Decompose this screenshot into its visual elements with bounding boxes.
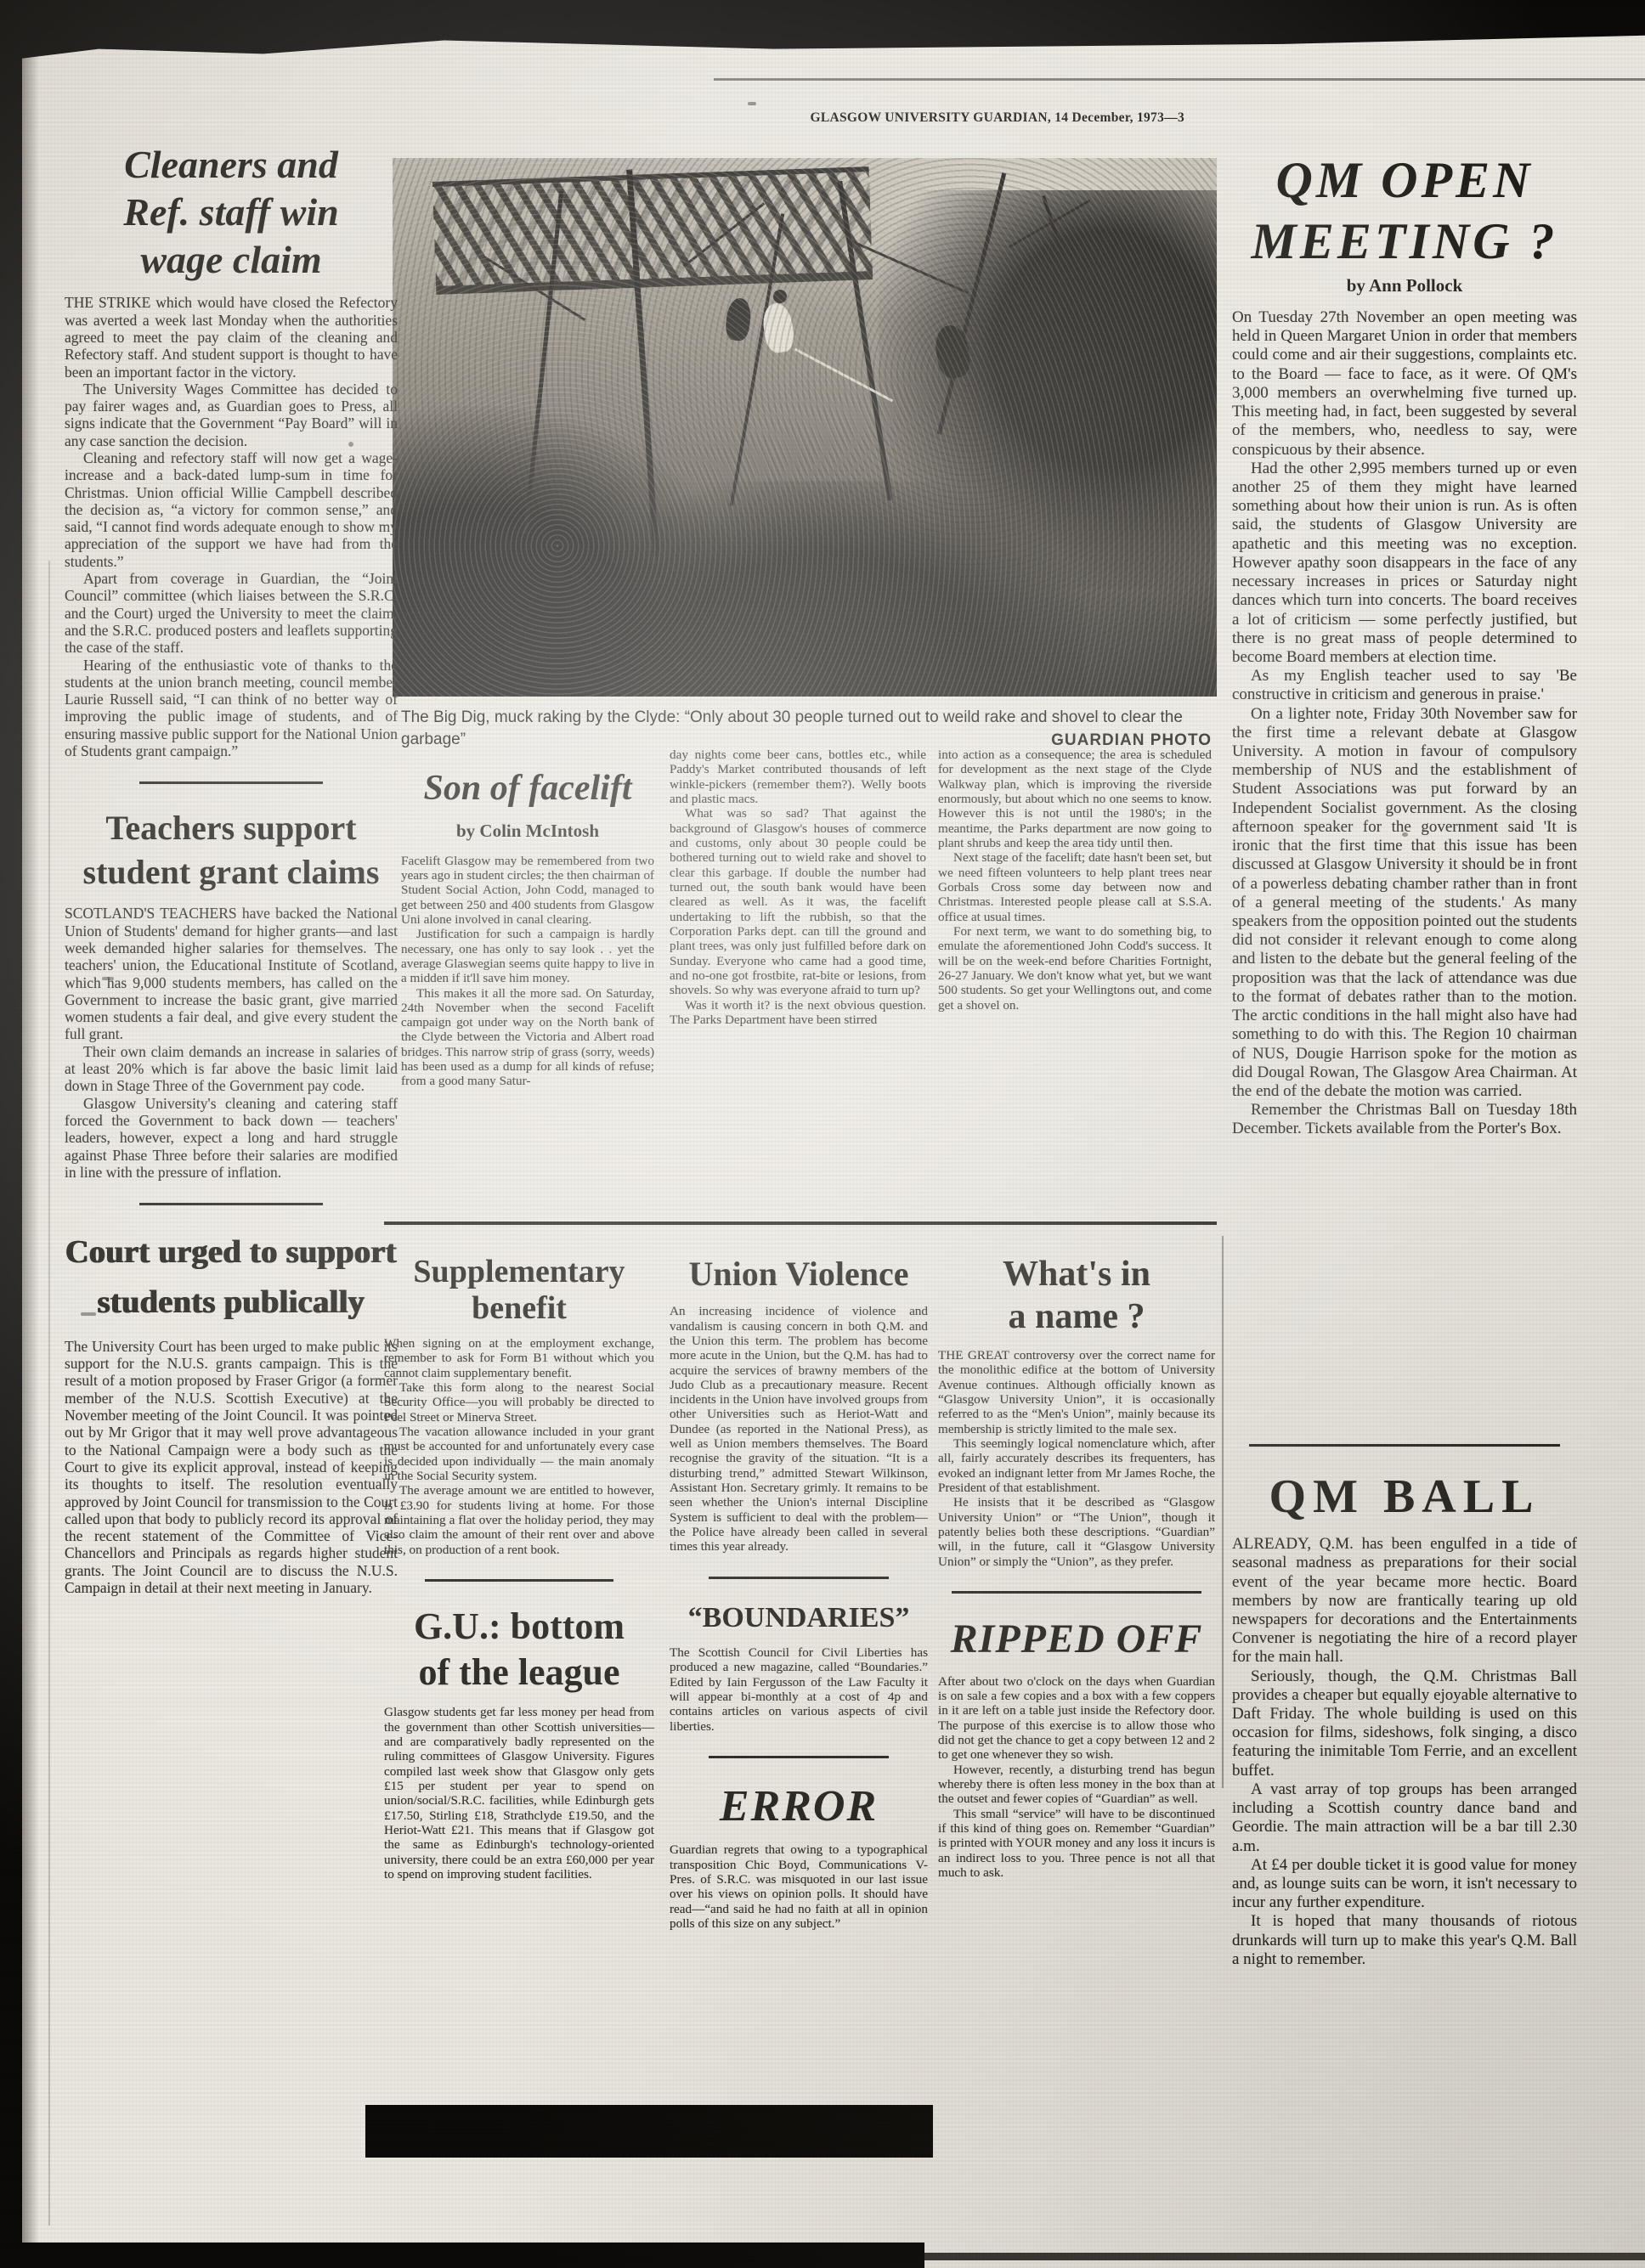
- column-left: Cleaners and Ref. staff win wage claim T…: [65, 127, 398, 1596]
- headline-union-violence: Union Violence: [670, 1254, 928, 1294]
- scan-artifact-gutter: [48, 561, 50, 2226]
- scan-speck: [102, 977, 114, 980]
- article-paragraph: Had the other 2,995 members turned up or…: [1232, 460, 1577, 667]
- article-cleaners-wage-claim: Cleaners and Ref. staff win wage claim T…: [65, 141, 398, 759]
- article-paragraph: Take this form along to the nearest Soci…: [384, 1380, 654, 1425]
- article-body: After about two o'clock on the days when…: [938, 1674, 1215, 1881]
- headline-qm-ball: QM BALL: [1232, 1469, 1577, 1525]
- article-body: The University Court has been urged to m…: [65, 1338, 398, 1596]
- photo-caption: The Big Dig, muck raking by the Clyde: “…: [401, 707, 1215, 750]
- article-whats-in-a-name: What's in a name ? THE GREAT controversy…: [938, 1254, 1215, 1569]
- article-qm-open-meeting: QM OPEN MEETING ? by Ann Pollock On Tues…: [1232, 150, 1577, 1139]
- headline-ripped-off: RIPPED OFF: [938, 1616, 1215, 1664]
- scan-edge-bottom: [0, 2243, 924, 2268]
- article-error: ERROR Guardian regrets that owing to a t…: [670, 1780, 928, 1931]
- article-paragraph: into action as a consequence; the area i…: [938, 748, 1212, 850]
- article-paragraph: THE GREAT controversy over the correct n…: [938, 1348, 1215, 1436]
- byline-ann-pollock: by Ann Pollock: [1232, 275, 1577, 296]
- article-paragraph: ALREADY, Q.M. has been engulfed in a tid…: [1232, 1535, 1577, 1667]
- article-paragraph: Remember the Christmas Ball on Tuesday 1…: [1232, 1101, 1577, 1138]
- newspaper-page: GLASGOW UNIVERSITY GUARDIAN, 14 December…: [0, 0, 1645, 2268]
- article-paragraph: On Tuesday 27th November an open meeting…: [1232, 308, 1577, 460]
- masthead: GLASGOW UNIVERSITY GUARDIAN, 14 December…: [810, 110, 1184, 126]
- article-body: SCOTLAND'S TEACHERS have backed the Nati…: [65, 905, 398, 1181]
- article-ripped-off: RIPPED OFF After about two o'clock on th…: [938, 1616, 1215, 1880]
- article-paragraph: Their own claim demands an increase in s…: [65, 1043, 398, 1095]
- headline-whats-in-a-name: What's in a name ?: [938, 1254, 1215, 1338]
- scan-edge-shadow: [22, 0, 39, 2268]
- column-rule: [709, 1756, 890, 1758]
- column-lower-1: Supplementary benefit When signing on at…: [384, 1240, 654, 1882]
- article-paragraph: Facelift Glasgow may be remembered from …: [401, 854, 654, 928]
- article-paragraph: Glasgow students get far less money per …: [384, 1705, 654, 1882]
- article-paragraph: day nights come beer cans, bottles etc.,…: [670, 748, 926, 806]
- article-paragraph: The Scottish Council for Civil Liberties…: [670, 1645, 928, 1734]
- article-body: into action as a consequence; the area i…: [938, 748, 1212, 1013]
- scan-edge-left: [0, 0, 22, 2268]
- column-rule: [139, 781, 323, 784]
- headline-gu-bottom-league: G.U.: bottom of the league: [384, 1604, 654, 1695]
- article-body: THE GREAT controversy over the correct n…: [938, 1348, 1215, 1569]
- article-paragraph: Cleaning and refectory staff will now ge…: [65, 449, 398, 570]
- article-paragraph: Apart from coverage in Guardian, the “Jo…: [65, 570, 398, 656]
- article-paragraph: At £4 per double ticket it is good value…: [1232, 1856, 1577, 1913]
- article-supplementary-benefit: Supplementary benefit When signing on at…: [384, 1254, 654, 1557]
- column-rule: [952, 1591, 1201, 1594]
- facelift-column-2: day nights come beer cans, bottles etc.,…: [670, 748, 926, 1027]
- column-rule: [1249, 1444, 1559, 1447]
- column-rule: [425, 1579, 614, 1582]
- article-court-urged: Court urged to support students publical…: [65, 1227, 398, 1596]
- article-paragraph: For next term, we want to do something b…: [938, 924, 1212, 1013]
- article-paragraph: SCOTLAND'S TEACHERS have backed the Nati…: [65, 905, 398, 1042]
- article-paragraph: The average amount we are entitled to ho…: [384, 1483, 654, 1557]
- article-paragraph: The vacation allowance included in your …: [384, 1425, 654, 1483]
- scan-artifact-line: [714, 78, 1645, 81]
- byline-colin-mcintosh: by Colin McIntosh: [401, 821, 654, 842]
- article-body: On Tuesday 27th November an open meeting…: [1232, 308, 1577, 1139]
- article-body: An increasing incidence of violence and …: [670, 1304, 928, 1554]
- article-teachers-support: Teachers support student grant claims SC…: [65, 806, 398, 1181]
- article-paragraph: The University Wages Committee has decid…: [65, 381, 398, 449]
- article-paragraph: A vast array of top groups has been arra…: [1232, 1780, 1577, 1856]
- article-paragraph: This small “service” will have to be dis…: [938, 1807, 1215, 1881]
- article-paragraph: As my English teacher used to say 'Be co…: [1232, 667, 1577, 704]
- headline-cleaners-wage-claim: Cleaners and Ref. staff win wage claim: [65, 141, 398, 284]
- article-paragraph: Guardian regrets that owing to a typogra…: [670, 1842, 928, 1931]
- scan-edge-bottom-right: [924, 2253, 1645, 2260]
- article-paragraph: After about two o'clock on the days when…: [938, 1674, 1215, 1763]
- article-paragraph: He insists that it be described as “Glas…: [938, 1495, 1215, 1569]
- article-paragraph: This seemingly logical nomenclature whic…: [938, 1436, 1215, 1495]
- article-qm-ball: QM BALL ALREADY, Q.M. has been engulfed …: [1232, 1469, 1577, 1969]
- photo-grain: [393, 158, 1217, 697]
- scan-speck: [81, 1312, 96, 1316]
- column-rule: [709, 1577, 890, 1579]
- article-paragraph: Seriously, though, the Q.M. Christmas Ba…: [1232, 1667, 1577, 1780]
- article-union-violence: Union Violence An increasing incidence o…: [670, 1254, 928, 1554]
- article-body: day nights come beer cans, bottles etc.,…: [670, 748, 926, 1027]
- scan-speck: [1402, 832, 1408, 837]
- headline-supplementary-benefit: Supplementary benefit: [384, 1254, 654, 1326]
- big-dig-photo: [393, 158, 1217, 697]
- article-paragraph: It is hoped that many thousands of rioto…: [1232, 1912, 1577, 1969]
- facelift-column-1: Son of facelift by Colin McIntosh Faceli…: [401, 754, 654, 1089]
- scan-speck: [348, 442, 353, 447]
- article-body: The Scottish Council for Civil Liberties…: [670, 1645, 928, 1734]
- scan-speck: [748, 102, 756, 105]
- column-right: QM OPEN MEETING ? by Ann Pollock On Tues…: [1232, 136, 1577, 1139]
- headline-error: ERROR: [670, 1780, 928, 1832]
- article-paragraph: Glasgow University's cleaning and cateri…: [65, 1095, 398, 1181]
- headline-court-urged: Court urged to support students publical…: [65, 1227, 398, 1328]
- column-right-lower: QM BALL ALREADY, Q.M. has been engulfed …: [1232, 1444, 1577, 1969]
- article-paragraph: When signing on at the employment exchan…: [384, 1336, 654, 1380]
- headline-qm-open-meeting: QM OPEN MEETING ?: [1232, 150, 1577, 272]
- article-paragraph: Was it worth it? is the next obvious que…: [670, 998, 926, 1028]
- scan-edge-top: [0, 0, 1645, 61]
- headline-teachers-support: Teachers support student grant claims: [65, 806, 398, 894]
- article-body: Facelift Glasgow may be remembered from …: [401, 854, 654, 1089]
- column-divider-line: [1222, 1236, 1224, 1788]
- article-gu-bottom-league: G.U.: bottom of the league Glasgow stude…: [384, 1604, 654, 1882]
- article-body: THE STRIKE which would have closed the R…: [65, 294, 398, 759]
- article-paragraph: Justification for such a campaign is har…: [401, 927, 654, 985]
- article-paragraph: What was so sad? That against the backgr…: [670, 806, 926, 997]
- section-rule: [384, 1221, 1217, 1225]
- column-rule: [139, 1203, 323, 1205]
- article-paragraph: Next stage of the facelift; date hasn't …: [938, 850, 1212, 924]
- column-lower-3: What's in a name ? THE GREAT controversy…: [938, 1240, 1215, 1880]
- article-boundaries: “BOUNDARIES” The Scottish Council for Ci…: [670, 1601, 928, 1734]
- article-paragraph: Hearing of the enthusiastic vote of than…: [65, 657, 398, 760]
- article-body: When signing on at the employment exchan…: [384, 1336, 654, 1557]
- column-lower-2: Union Violence An increasing incidence o…: [670, 1240, 928, 1931]
- article-body: Glasgow students get far less money per …: [384, 1705, 654, 1882]
- article-paragraph: THE STRIKE which would have closed the R…: [65, 294, 398, 380]
- headline-boundaries: “BOUNDARIES”: [670, 1601, 928, 1635]
- article-paragraph: An increasing incidence of violence and …: [670, 1304, 928, 1554]
- article-paragraph: On a lighter note, Friday 30th November …: [1232, 705, 1577, 1102]
- article-body: Guardian regrets that owing to a typogra…: [670, 1842, 928, 1931]
- article-paragraph: The University Court has been urged to m…: [65, 1338, 398, 1596]
- article-paragraph: This makes it all the more sad. On Satur…: [401, 986, 654, 1089]
- article-paragraph: However, recently, a disturbing trend ha…: [938, 1763, 1215, 1807]
- headline-son-of-facelift: Son of facelift: [401, 768, 654, 810]
- facelift-column-3: into action as a consequence; the area i…: [938, 748, 1212, 1013]
- scan-artifact-band: [365, 2105, 933, 2158]
- article-body: ALREADY, Q.M. has been engulfed in a tid…: [1232, 1535, 1577, 1969]
